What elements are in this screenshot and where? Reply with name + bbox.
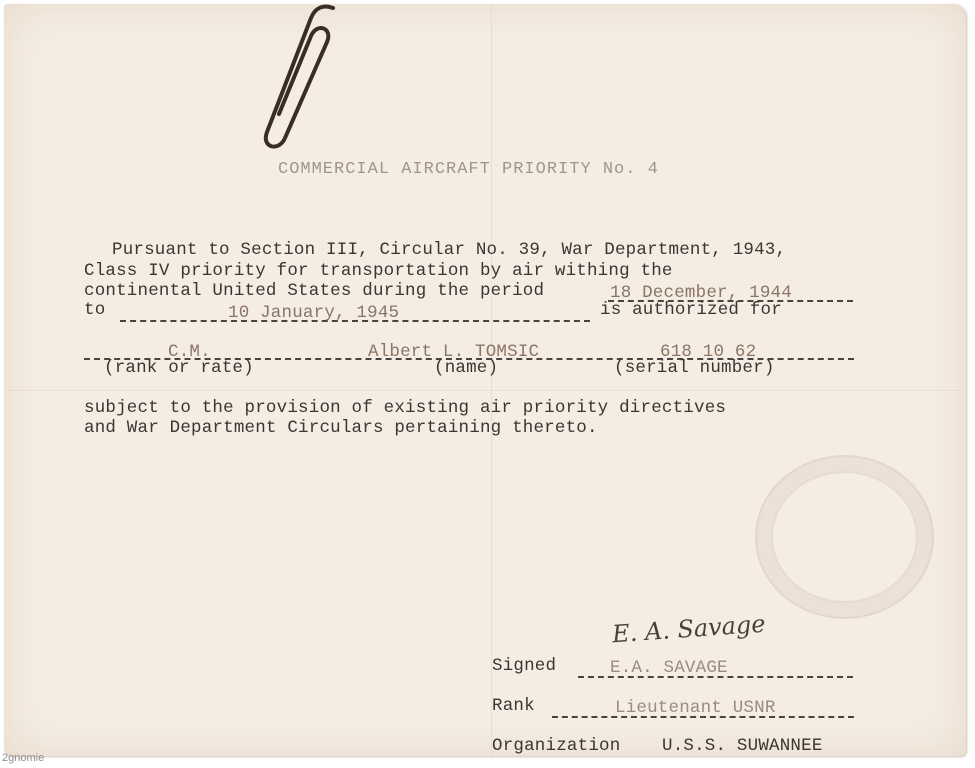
fold-crease-horizontal: [4, 390, 966, 392]
watermark: 2gnomie: [2, 752, 44, 764]
body-line-2: Class IV priority for transportation by …: [84, 261, 673, 281]
period-end-line: [120, 320, 590, 322]
document-paper: [4, 4, 966, 756]
body-line-authorized: is authorized for: [600, 300, 782, 320]
body-line-3: continental United States during the per…: [84, 281, 544, 301]
body-line-1: Pursuant to Section III, Circular No. 39…: [112, 240, 786, 260]
name-label: (name): [434, 358, 498, 378]
document-title: COMMERCIAL AIRCRAFT PRIORITY No. 4: [278, 160, 659, 179]
fold-crease-vertical: [491, 4, 493, 756]
signed-value: E.A. SAVAGE: [610, 658, 728, 678]
serial-label: (serial number): [614, 358, 775, 378]
rank-sign-line: [552, 716, 854, 718]
organization-label: Organization: [492, 736, 620, 756]
rank-label: (rank or rate): [104, 358, 254, 378]
body-line-to: to: [84, 300, 105, 320]
closing-line-2: and War Department Circulars pertaining …: [84, 418, 598, 438]
rank-sign-value: Lieutenant USNR: [615, 698, 776, 718]
rank-sign-label: Rank: [492, 696, 535, 716]
organization-value: U.S.S. SUWANNEE: [662, 736, 823, 756]
signed-label: Signed: [492, 656, 556, 676]
paperclip-icon: [255, 2, 345, 152]
embossed-seal: [755, 455, 934, 619]
closing-line-1: subject to the provision of existing air…: [84, 398, 726, 418]
signed-line: [578, 676, 853, 678]
